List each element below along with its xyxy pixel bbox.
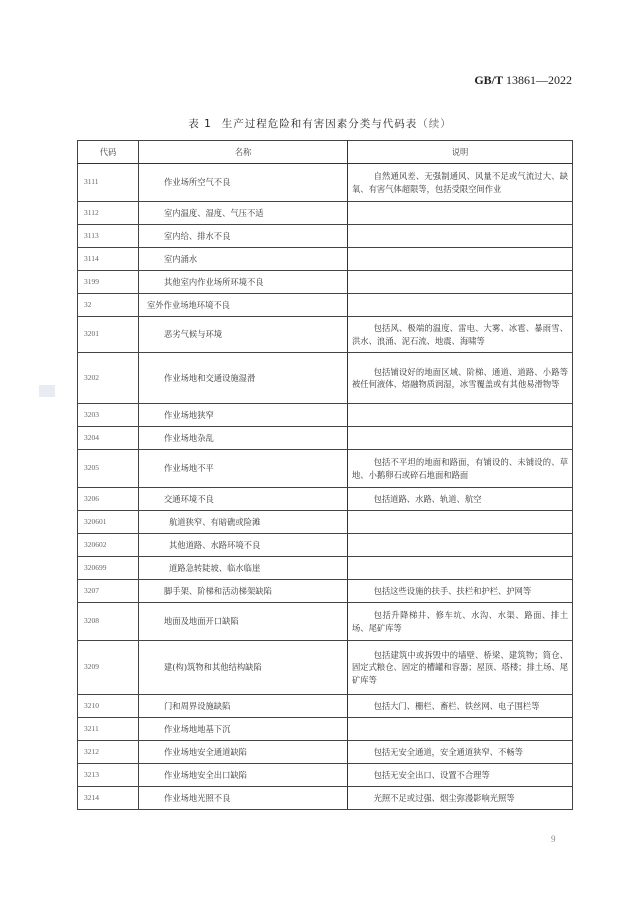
cell-name: 交通环境不良 (139, 488, 348, 511)
cell-description (348, 271, 573, 294)
description-text: 包括不平坦的地面和路面，有铺设的、未铺设的、草地、小鹅卵石或碎石地面和路面 (352, 456, 568, 481)
cell-code: 3202 (78, 353, 139, 404)
table-row: 3210门和周界设施缺陷包括大门、栅栏、畜栏、铁丝网、电子围栏等 (78, 695, 573, 718)
cell-name: 作业场地安全通道缺陷 (139, 741, 348, 764)
cell-name: 作业场地地基下沉 (139, 718, 348, 741)
cell-code: 3214 (78, 787, 139, 810)
side-marker (39, 385, 55, 397)
cell-description (348, 557, 573, 580)
table-row: 3212作业场地安全通道缺陷包括无安全通道，安全通道狭窄、不畅等 (78, 741, 573, 764)
cell-name: 作业场地不平 (139, 450, 348, 488)
cell-name: 其他道路、水路环境不良 (139, 534, 348, 557)
cell-description (348, 534, 573, 557)
cell-code: 3205 (78, 450, 139, 488)
table-row: 320601航道狭窄、有暗礁或险滩 (78, 511, 573, 534)
table-row: 320699道路急转陡坡、临水临崖 (78, 557, 573, 580)
cell-code: 3112 (78, 202, 139, 225)
hazard-code-table: 代码 名称 说明 3111作业场所空气不良自然通风差、无强制通风、风量不足或气流… (77, 140, 573, 810)
cell-name: 作业场地安全出口缺陷 (139, 764, 348, 787)
cell-name: 室内涌水 (139, 248, 348, 271)
cell-code: 3211 (78, 718, 139, 741)
cell-name: 作业场地光照不良 (139, 787, 348, 810)
cell-name: 作业场地杂乱 (139, 427, 348, 450)
cell-description: 包括无安全出口、设置不合理等 (348, 764, 573, 787)
description-text: 包括建筑中或拆毁中的墙壁、桥梁、建筑物；筒仓、固定式粮仓、固定的槽罐和容器；屋顶… (352, 649, 568, 687)
cell-name: 作业场地狭窄 (139, 404, 348, 427)
cell-code: 3204 (78, 427, 139, 450)
page-number: 9 (551, 834, 556, 844)
cell-code: 320602 (78, 534, 139, 557)
cell-name: 其他室内作业场所环境不良 (139, 271, 348, 294)
cell-name: 道路急转陡坡、临水临崖 (139, 557, 348, 580)
cell-description (348, 248, 573, 271)
table-row: 3205作业场地不平包括不平坦的地面和路面，有铺设的、未铺设的、草地、小鹅卵石或… (78, 450, 573, 488)
cell-code: 3206 (78, 488, 139, 511)
cell-description (348, 202, 573, 225)
cell-code: 3210 (78, 695, 139, 718)
table-row: 3214作业场地光照不良光照不足或过强、烟尘弥漫影响光照等 (78, 787, 573, 810)
cell-description (348, 511, 573, 534)
cell-description (348, 225, 573, 248)
description-text: 包括这些设施的扶手、扶栏和护栏、护网等 (352, 585, 568, 598)
description-text: 包括无安全通道，安全通道狭窄、不畅等 (352, 746, 568, 759)
description-text: 包括道路、水路、轨道、航空 (352, 493, 568, 506)
cell-description: 包括升降梯井、修车坑、水沟、水渠、路面、排土场、尾矿库等 (348, 603, 573, 641)
table-row: 3211作业场地地基下沉 (78, 718, 573, 741)
cell-code: 3208 (78, 603, 139, 641)
cell-name: 建(构)筑物和其他结构缺陷 (139, 641, 348, 695)
cell-description: 光照不足或过强、烟尘弥漫影响光照等 (348, 787, 573, 810)
cell-name: 作业场所空气不良 (139, 164, 348, 202)
cell-name: 室内给、排水不良 (139, 225, 348, 248)
table-row: 3203作业场地狭窄 (78, 404, 573, 427)
cell-code: 3203 (78, 404, 139, 427)
cell-code: 3111 (78, 164, 139, 202)
cell-description: 包括建筑中或拆毁中的墙壁、桥梁、建筑物；筒仓、固定式粮仓、固定的槽罐和容器；屋顶… (348, 641, 573, 695)
table-row: 32室外作业场地环境不良 (78, 294, 573, 317)
cell-name: 作业场地和交通设施湿滑 (139, 353, 348, 404)
cell-description (348, 718, 573, 741)
table-row: 320602其他道路、水路环境不良 (78, 534, 573, 557)
table-header-row: 代码 名称 说明 (78, 141, 573, 164)
cell-code: 320601 (78, 511, 139, 534)
cell-description: 包括大门、栅栏、畜栏、铁丝网、电子围栏等 (348, 695, 573, 718)
cell-code: 32 (78, 294, 139, 317)
cell-name: 恶劣气候与环境 (139, 317, 348, 353)
cell-description: 包括这些设施的扶手、扶栏和护栏、护网等 (348, 580, 573, 603)
cell-code: 320699 (78, 557, 139, 580)
continued-label: （续） (417, 118, 452, 130)
cell-name: 地面及地面开口缺陷 (139, 603, 348, 641)
table-row: 3114室内涌水 (78, 248, 573, 271)
cell-code: 3113 (78, 225, 139, 248)
description-text: 包括大门、栅栏、畜栏、铁丝网、电子围栏等 (352, 700, 568, 713)
cell-description: 包括风、极端的温度、雷电、大雾、冰雹、暴雨雪、洪水、浪涌、泥石流、地震、海啸等 (348, 317, 573, 353)
cell-name: 航道狭窄、有暗礁或险滩 (139, 511, 348, 534)
standard-code: 13861—2022 (506, 73, 572, 87)
table-row: 3204作业场地杂乱 (78, 427, 573, 450)
cell-description (348, 404, 573, 427)
description-text: 包括铺设好的地面区域、阶梯、通道、道路、小路等被任何液体、熔融物质润湿，冰雪覆盖… (352, 366, 568, 391)
cell-code: 3199 (78, 271, 139, 294)
table-caption: 表 1生产过程危险和有害因素分类与代码表（续） (0, 116, 640, 131)
cell-code: 3207 (78, 580, 139, 603)
table-row: 3209建(构)筑物和其他结构缺陷包括建筑中或拆毁中的墙壁、桥梁、建筑物；筒仓、… (78, 641, 573, 695)
description-text: 光照不足或过强、烟尘弥漫影响光照等 (352, 792, 568, 805)
description-text: 包括升降梯井、修车坑、水沟、水渠、路面、排土场、尾矿库等 (352, 609, 568, 634)
table-row: 3112室内温度、湿度、气压不适 (78, 202, 573, 225)
table-row: 3202作业场地和交通设施湿滑包括铺设好的地面区域、阶梯、通道、道路、小路等被任… (78, 353, 573, 404)
standard-prefix: GB/T (474, 73, 503, 87)
cell-code: 3213 (78, 764, 139, 787)
description-text: 包括风、极端的温度、雷电、大雾、冰雹、暴雨雪、洪水、浪涌、泥石流、地震、海啸等 (352, 322, 568, 347)
table-row: 3113室内给、排水不良 (78, 225, 573, 248)
cell-name: 脚手架、阶梯和活动梯架缺陷 (139, 580, 348, 603)
cell-code: 3114 (78, 248, 139, 271)
cell-description: 包括无安全通道，安全通道狭窄、不畅等 (348, 741, 573, 764)
cell-description: 自然通风差、无强制通风、风量不足或气流过大、缺氧、有害气体超限等，包括受限空间作… (348, 164, 573, 202)
cell-name: 室内温度、湿度、气压不适 (139, 202, 348, 225)
cell-code: 3201 (78, 317, 139, 353)
table-row: 3213作业场地安全出口缺陷包括无安全出口、设置不合理等 (78, 764, 573, 787)
cell-description: 包括不平坦的地面和路面，有铺设的、未铺设的、草地、小鹅卵石或碎石地面和路面 (348, 450, 573, 488)
table-label: 表 1 (188, 118, 212, 130)
table-row: 3201恶劣气候与环境包括风、极端的温度、雷电、大雾、冰雹、暴雨雪、洪水、浪涌、… (78, 317, 573, 353)
table-row: 3207脚手架、阶梯和活动梯架缺陷包括这些设施的扶手、扶栏和护栏、护网等 (78, 580, 573, 603)
table-row: 3111作业场所空气不良自然通风差、无强制通风、风量不足或气流过大、缺氧、有害气… (78, 164, 573, 202)
cell-name: 门和周界设施缺陷 (139, 695, 348, 718)
description-text: 包括无安全出口、设置不合理等 (352, 769, 568, 782)
table-row: 3206交通环境不良包括道路、水路、轨道、航空 (78, 488, 573, 511)
cell-description (348, 427, 573, 450)
cell-name: 室外作业场地环境不良 (139, 294, 348, 317)
description-text: 自然通风差、无强制通风、风量不足或气流过大、缺氧、有害气体超限等，包括受限空间作… (352, 170, 568, 195)
column-header-name: 名称 (139, 141, 348, 164)
table-row: 3199其他室内作业场所环境不良 (78, 271, 573, 294)
standard-number: GB/T 13861—2022 (474, 73, 572, 88)
cell-description: 包括道路、水路、轨道、航空 (348, 488, 573, 511)
table-title: 生产过程危险和有害因素分类与代码表 (222, 118, 418, 130)
cell-description (348, 294, 573, 317)
column-header-description: 说明 (348, 141, 573, 164)
column-header-code: 代码 (78, 141, 139, 164)
table-row: 3208地面及地面开口缺陷包括升降梯井、修车坑、水沟、水渠、路面、排土场、尾矿库… (78, 603, 573, 641)
cell-code: 3209 (78, 641, 139, 695)
cell-code: 3212 (78, 741, 139, 764)
cell-description: 包括铺设好的地面区域、阶梯、通道、道路、小路等被任何液体、熔融物质润湿，冰雪覆盖… (348, 353, 573, 404)
